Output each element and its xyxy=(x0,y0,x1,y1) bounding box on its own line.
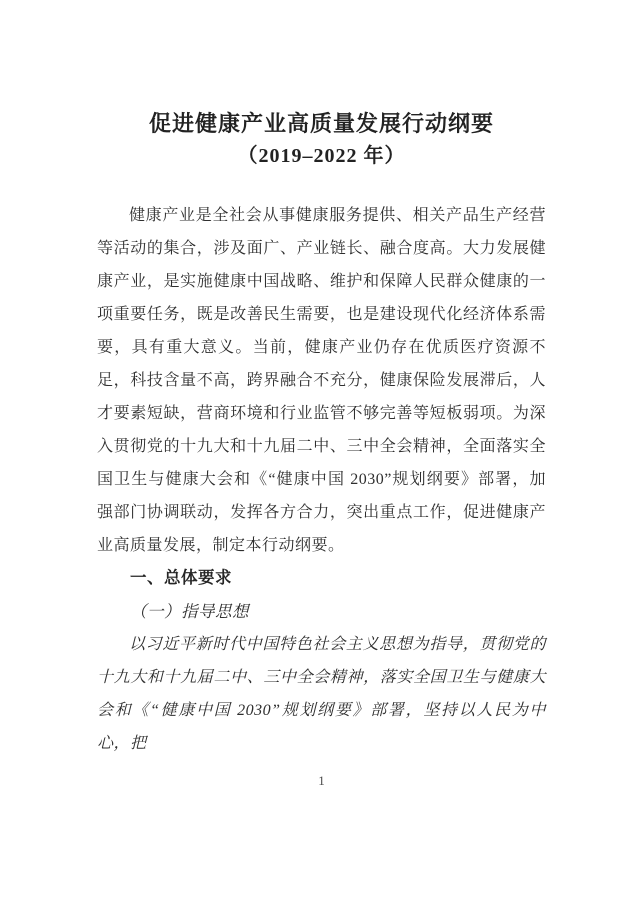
document-subtitle: （2019–2022 年） xyxy=(97,140,546,173)
paragraph-intro: 健康产业是全社会从事健康服务提供、相关产品生产经营等活动的集合，涉及面广、产业链… xyxy=(97,199,546,562)
document-title: 促进健康产业高质量发展行动纲要 xyxy=(97,107,546,140)
page-number: 1 xyxy=(97,766,546,796)
document-page: 促进健康产业高质量发展行动纲要 （2019–2022 年） 健康产业是全社会从事… xyxy=(0,0,640,905)
document-body: 健康产业是全社会从事健康服务提供、相关产品生产经营等活动的集合，涉及面广、产业链… xyxy=(97,199,546,760)
paragraph-guiding-ideology: 以习近平新时代中国特色社会主义思想为指导，贯彻党的十九大和十九届二中、三中全会精… xyxy=(97,628,546,760)
subsection-heading-guiding-ideology: （一）指导思想 xyxy=(97,595,546,628)
section-heading-overall-requirements: 一、总体要求 xyxy=(97,562,546,595)
